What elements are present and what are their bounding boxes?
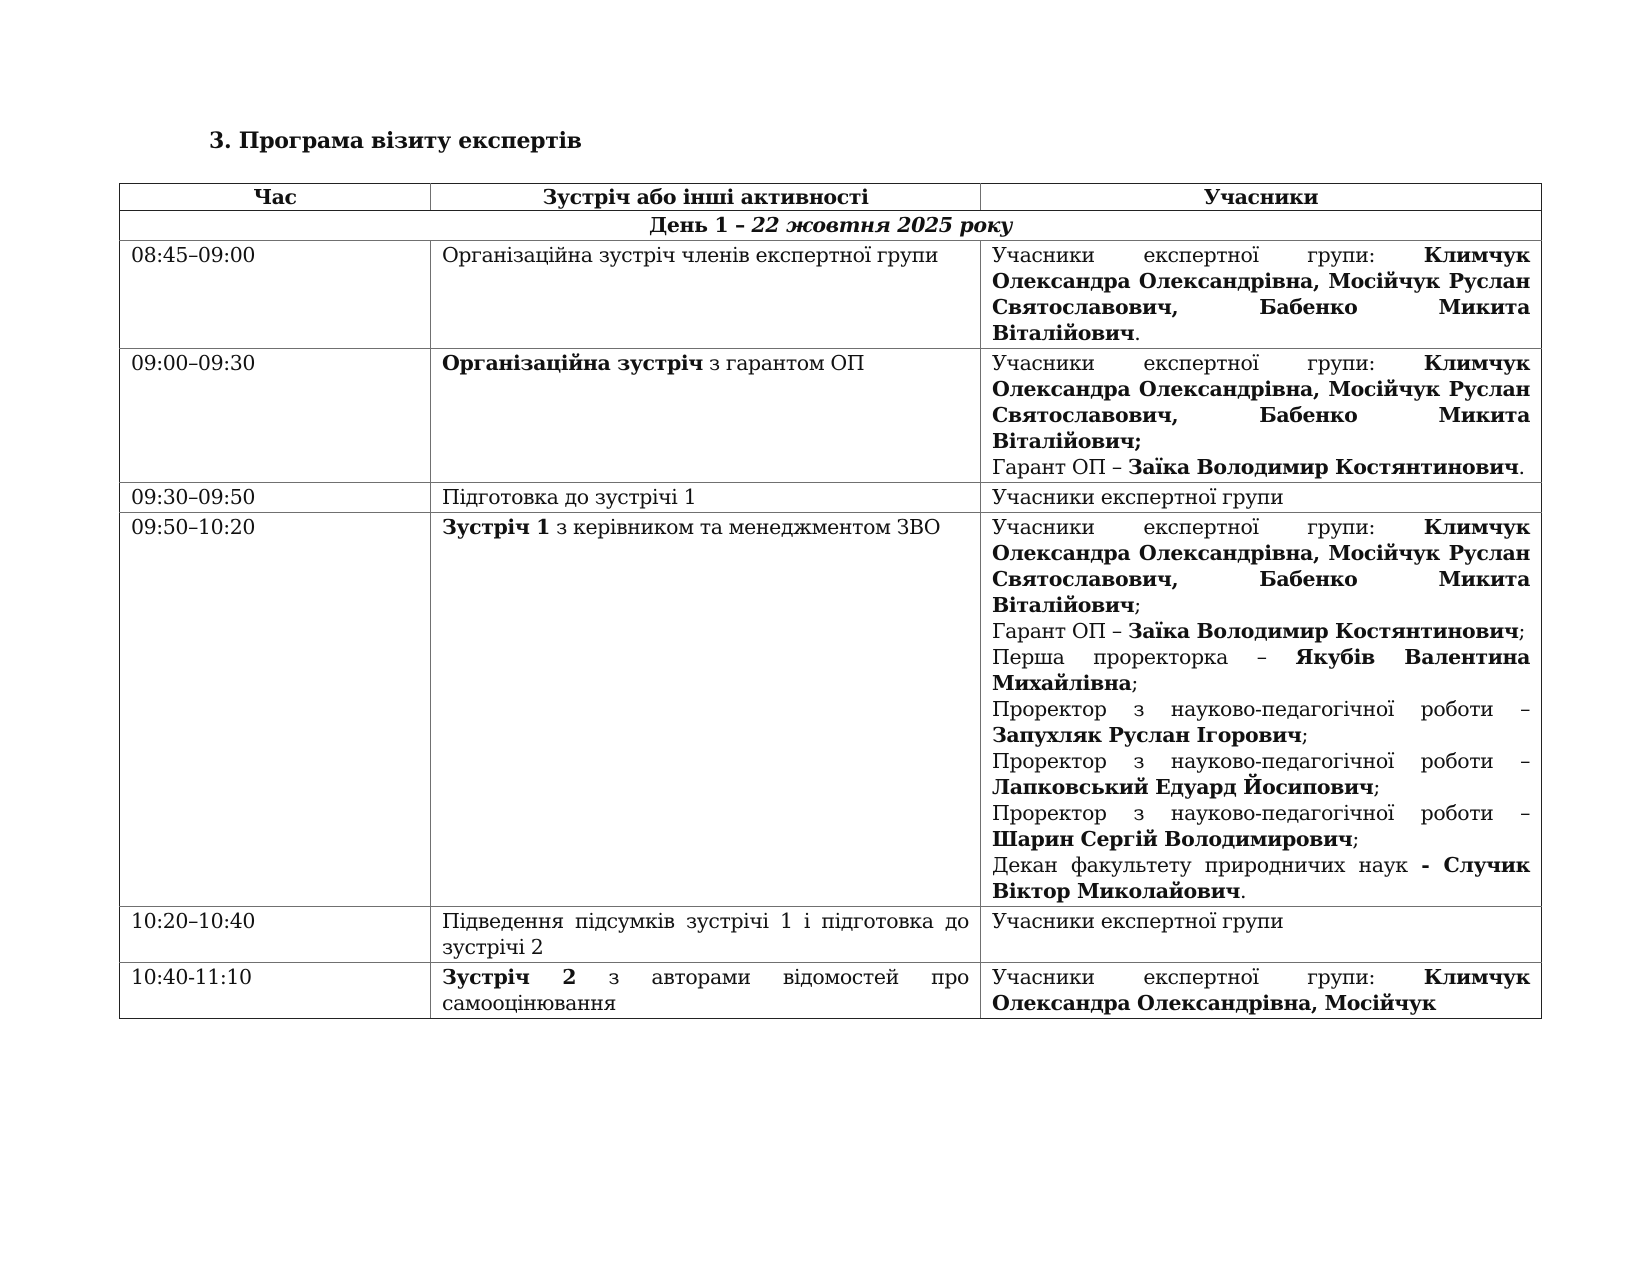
participant-entry: Учасники експертної групи: Климчук Олекс… [992, 242, 1530, 346]
activity-text: Організаційна зустріч членів експертної … [442, 243, 938, 267]
participant-role: Учасники експертної групи: [992, 351, 1424, 375]
participant-names: Шарин Сергій Володимирович [992, 827, 1352, 851]
participants-cell: Учасники експертної групи: Климчук Олекс… [981, 349, 1542, 483]
participant-role: Гарант ОП – [992, 455, 1128, 479]
participant-entry: Декан факультету природничих наук - Случ… [992, 852, 1530, 904]
day-row: День 1 – 22 жовтня 2025 року [120, 211, 1542, 241]
participant-names: Лапковський Едуард Йосипович [992, 775, 1373, 799]
table-row: 10:40-11:10Зустріч 2 з авторами відомост… [120, 963, 1542, 1019]
participant-punct: ; [1134, 593, 1141, 617]
participant-entry: Проректор з науково-педагогічної роботи … [992, 696, 1530, 748]
participant-entry: Учасники експертної групи: Климчук Олекс… [992, 514, 1530, 618]
table-row: 09:50–10:20Зустріч 1 з керівником та мен… [120, 513, 1542, 907]
participant-entry: Проректор з науково-педагогічної роботи … [992, 748, 1530, 800]
participants-cell: Учасники експертної групи [981, 907, 1542, 963]
participant-role: Учасники експертної групи [992, 485, 1283, 509]
participant-role: Учасники експертної групи [992, 909, 1283, 933]
activity-cell: Організаційна зустріч членів експертної … [431, 241, 981, 349]
activity-text: з керівником та менеджментом ЗВО [550, 515, 940, 539]
participant-role: Учасники експертної групи: [992, 243, 1424, 267]
participant-role: Учасники експертної групи: [992, 515, 1424, 539]
participants-cell: Учасники експертної групи: Климчук Олекс… [981, 513, 1542, 907]
activity-text: Підготовка до зустрічі 1 [442, 485, 696, 509]
participant-role: Учасники експертної групи: [992, 965, 1424, 989]
participant-entry: Учасники експертної групи: Климчук Олекс… [992, 964, 1530, 1016]
participant-role: Проректор з науково-педагогічної роботи … [992, 801, 1530, 825]
participant-names: Заїка Володимир Костянтинович [1128, 455, 1519, 479]
participants-cell: Учасники експертної групи [981, 483, 1542, 513]
participant-punct: . [1518, 455, 1524, 479]
participant-punct: ; [1131, 671, 1138, 695]
header-participants: Учасники [981, 184, 1542, 211]
day-label: День 1 – [649, 213, 752, 237]
participants-cell: Учасники експертної групи: Климчук Олекс… [981, 241, 1542, 349]
day-heading: День 1 – 22 жовтня 2025 року [120, 211, 1542, 241]
participant-role: Перша проректорка – [992, 645, 1296, 669]
header-activity: Зустріч або інші активності [431, 184, 981, 211]
table-row: 09:00–09:30Організаційна зустріч з гаран… [120, 349, 1542, 483]
activity-cell: Підготовка до зустрічі 1 [431, 483, 981, 513]
participant-names: Запухляк Руслан Ігорович [992, 723, 1302, 747]
participant-punct: ; [1518, 619, 1525, 643]
participant-punct: . [1134, 321, 1140, 345]
activity-text: з гарантом ОП [703, 351, 864, 375]
participant-punct: ; [1373, 775, 1380, 799]
table-header-row: Час Зустріч або інші активності Учасники [120, 184, 1542, 211]
activity-emphasis: Зустріч 1 [442, 515, 550, 539]
participant-entry: Учасники експертної групи: Климчук Олекс… [992, 350, 1530, 454]
participant-entry: Гарант ОП – Заїка Володимир Костянтинови… [992, 618, 1530, 644]
activity-cell: Зустріч 1 з керівником та менеджментом З… [431, 513, 981, 907]
table-row: 10:20–10:40Підведення підсумків зустрічі… [120, 907, 1542, 963]
time-cell: 10:40-11:10 [120, 963, 431, 1019]
section-title: 3. Програма візиту експертів [209, 128, 582, 154]
table-row: 09:30–09:50Підготовка до зустрічі 1Учасн… [120, 483, 1542, 513]
day-date: 22 жовтня 2025 року [752, 213, 1012, 237]
table-row: 08:45–09:00Організаційна зустріч членів … [120, 241, 1542, 349]
participant-role: Декан факультету природничих наук [992, 853, 1421, 877]
header-time: Час [120, 184, 431, 211]
visit-schedule-table: Час Зустріч або інші активності Учасники… [119, 183, 1542, 1019]
participant-role: Проректор з науково-педагогічної роботи … [992, 749, 1530, 773]
participant-role: Проректор з науково-педагогічної роботи … [992, 697, 1530, 721]
participant-entry: Учасники експертної групи [992, 908, 1530, 934]
time-cell: 09:00–09:30 [120, 349, 431, 483]
time-cell: 09:50–10:20 [120, 513, 431, 907]
activity-text: Підведення підсумків зустрічі 1 і підгот… [442, 909, 969, 959]
participant-role: Гарант ОП – [992, 619, 1128, 643]
time-cell: 10:20–10:40 [120, 907, 431, 963]
activity-emphasis: Зустріч 2 [442, 965, 576, 989]
activity-emphasis: Організаційна зустріч [442, 351, 703, 375]
participant-punct: ; [1352, 827, 1359, 851]
participant-punct: ; [1302, 723, 1309, 747]
time-cell: 08:45–09:00 [120, 241, 431, 349]
participant-entry: Гарант ОП – Заїка Володимир Костянтинови… [992, 454, 1530, 480]
participants-cell: Учасники експертної групи: Климчук Олекс… [981, 963, 1542, 1019]
participant-names: Заїка Володимир Костянтинович [1128, 619, 1519, 643]
activity-cell: Організаційна зустріч з гарантом ОП [431, 349, 981, 483]
activity-cell: Підведення підсумків зустрічі 1 і підгот… [431, 907, 981, 963]
participant-punct: . [1240, 879, 1246, 903]
time-cell: 09:30–09:50 [120, 483, 431, 513]
participant-entry: Проректор з науково-педагогічної роботи … [992, 800, 1530, 852]
activity-cell: Зустріч 2 з авторами відомостей про само… [431, 963, 981, 1019]
participant-entry: Перша проректорка – Якубів Валентина Мих… [992, 644, 1530, 696]
participant-entry: Учасники експертної групи [992, 484, 1530, 510]
